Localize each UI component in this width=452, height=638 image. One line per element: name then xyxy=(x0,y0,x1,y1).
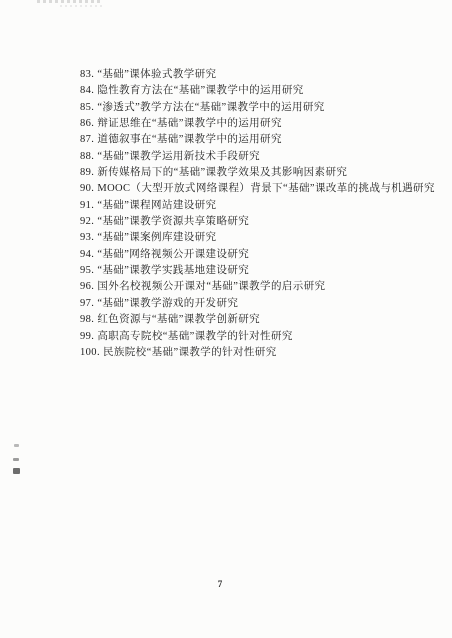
list-item: 88.“基础”课教学运用新技术手段研究 xyxy=(80,149,435,165)
item-number: 90. xyxy=(80,181,94,197)
item-text: 新传媒格局下的“基础”课教学效果及其影响因素研究 xyxy=(97,167,347,178)
scan-speck xyxy=(13,458,19,461)
item-text: “基础”课程网站建设研究 xyxy=(97,200,216,211)
item-text: “基础”课教学资源共享策略研究 xyxy=(97,216,249,227)
item-number: 89. xyxy=(80,165,94,181)
item-text: 民族院校“基础”课教学的针对性研究 xyxy=(103,347,277,358)
list-item: 91.“基础”课程网站建设研究 xyxy=(80,198,435,214)
list-item: 87.道德叙事在“基础”课教学中的运用研究 xyxy=(80,132,435,148)
item-number: 93. xyxy=(80,230,94,246)
item-number: 88. xyxy=(80,149,94,165)
list-item: 92.“基础”课教学资源共享策略研究 xyxy=(80,214,435,230)
scan-speck xyxy=(14,444,19,447)
page-number: 7 xyxy=(213,579,227,589)
list-item: 98.红色资源与“基础”课教学创新研究 xyxy=(80,312,435,328)
item-number: 87. xyxy=(80,132,94,148)
list-item: 95.“基础”课教学实践基地建设研究 xyxy=(80,263,435,279)
topic-list: 83.“基础”课体验式教学研究 84.隐性教育方法在“基础”课教学中的运用研究 … xyxy=(80,67,435,361)
list-item: 89.新传媒格局下的“基础”课教学效果及其影响因素研究 xyxy=(80,165,435,181)
scanned-document-page: 83.“基础”课体验式教学研究 84.隐性教育方法在“基础”课教学中的运用研究 … xyxy=(0,0,452,638)
scan-artifact-top-smudge xyxy=(37,0,103,3)
item-text: 道德叙事在“基础”课教学中的运用研究 xyxy=(97,134,282,145)
item-text: 辩证思维在“基础”课教学中的运用研究 xyxy=(97,118,282,129)
item-number: 100. xyxy=(80,345,100,361)
item-number: 83. xyxy=(80,67,94,83)
list-item: 94.“基础”网络视频公开课建设研究 xyxy=(80,247,435,263)
item-number: 99. xyxy=(80,329,94,345)
scan-artifact-top-smudge-2 xyxy=(60,5,104,7)
item-number: 97. xyxy=(80,296,94,312)
item-number: 98. xyxy=(80,312,94,328)
item-number: 96. xyxy=(80,279,94,295)
item-text: 红色资源与“基础”课教学创新研究 xyxy=(97,314,260,325)
item-number: 86. xyxy=(80,116,94,132)
list-item: 85.“渗透式”教学方法在“基础”课教学中的运用研究 xyxy=(80,100,435,116)
item-text: “基础”课教学实践基地建设研究 xyxy=(97,265,249,276)
item-text: “基础”网络视频公开课建设研究 xyxy=(97,249,249,260)
list-item: 100.民族院校“基础”课教学的针对性研究 xyxy=(80,345,435,361)
list-item: 96.国外名校视频公开课对“基础”课教学的启示研究 xyxy=(80,279,435,295)
list-item: 83.“基础”课体验式教学研究 xyxy=(80,67,435,83)
item-text: “基础”课案例库建设研究 xyxy=(97,232,216,243)
list-item: 86.辩证思维在“基础”课教学中的运用研究 xyxy=(80,116,435,132)
item-number: 94. xyxy=(80,247,94,263)
item-number: 95. xyxy=(80,263,94,279)
item-text: 高职高专院校“基础”课教学的针对性研究 xyxy=(97,331,292,342)
item-number: 84. xyxy=(80,83,94,99)
item-text: 国外名校视频公开课对“基础”课教学的启示研究 xyxy=(97,281,325,292)
scan-speck xyxy=(13,468,20,474)
item-number: 92. xyxy=(80,214,94,230)
list-item: 93.“基础”课案例库建设研究 xyxy=(80,230,435,246)
list-item: 90.MOOC（大型开放式网络课程）背景下“基础”课改革的挑战与机遇研究 xyxy=(80,181,435,197)
item-text: “基础”课教学运用新技术手段研究 xyxy=(97,151,260,162)
item-number: 85. xyxy=(80,100,94,116)
item-text: “基础”课教学游戏的开发研究 xyxy=(97,298,238,309)
item-text: MOOC（大型开放式网络课程）背景下“基础”课改革的挑战与机遇研究 xyxy=(97,183,435,194)
item-text: 隐性教育方法在“基础”课教学中的运用研究 xyxy=(97,85,303,96)
list-item: 99.高职高专院校“基础”课教学的针对性研究 xyxy=(80,329,435,345)
list-item: 97.“基础”课教学游戏的开发研究 xyxy=(80,296,435,312)
list-item: 84.隐性教育方法在“基础”课教学中的运用研究 xyxy=(80,83,435,99)
item-number: 91. xyxy=(80,198,94,214)
item-text: “渗透式”教学方法在“基础”课教学中的运用研究 xyxy=(97,102,324,113)
item-text: “基础”课体验式教学研究 xyxy=(97,69,216,80)
